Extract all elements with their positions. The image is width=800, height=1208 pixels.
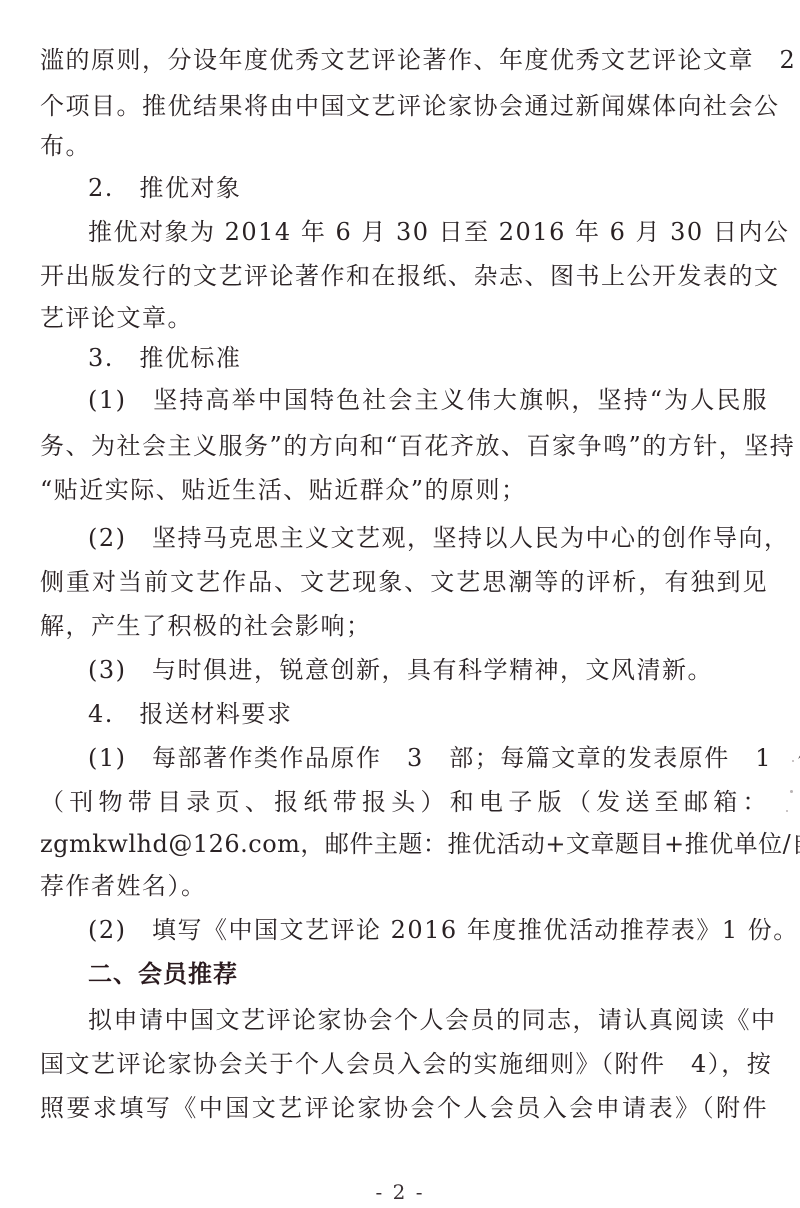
paragraph-line: 侧重对当前文艺作品、文艺现象、文艺思潮等的评析，有独到见 xyxy=(40,560,768,604)
subheading-submission-requirements: 4. 报送材料要求 xyxy=(88,692,292,736)
paragraph-line: 照要求填写《中国文艺评论家协会个人会员入会申请表》（附件 xyxy=(40,1086,768,1130)
paragraph-line: 荐作者姓名）。 xyxy=(40,864,207,908)
paragraph-line: 个项目。推优结果将由中国文艺评论家协会通过新闻媒体向社会公 xyxy=(40,84,768,128)
subheading-recommendation-criteria: 3. 推优标准 xyxy=(88,336,241,380)
paragraph-line: 务、为社会主义服务”的方向和“百花齐放、百家争鸣”的方针，坚持 xyxy=(40,424,768,468)
paragraph-line: （刊物带目录页、报纸带报头）和电子版（发送至邮箱： xyxy=(40,780,768,824)
paragraph-line: 推优对象为 2014 年 6 月 30 日至 2016 年 6 月 30 日内公 xyxy=(88,210,768,254)
list-item-criteria-3: (3) 与时俱进，锐意创新，具有科学精神，文风清新。 xyxy=(88,648,713,692)
paragraph-line: 艺评论文章。 xyxy=(40,296,193,340)
subheading-recommendation-target: 2. 推优对象 xyxy=(88,166,241,210)
list-item-criteria-2: (2) 坚持马克思主义文艺观，坚持以人民为中心的创作导向， xyxy=(88,516,768,560)
list-item-requirement-1: (1) 每部著作类作品原作 3 部；每篇文章的发表原件 1 份 xyxy=(88,736,768,780)
paragraph-line: 国文艺评论家协会关于个人会员入会的实施细则》（附件 4），按 xyxy=(40,1042,768,1086)
paragraph-line: 布。 xyxy=(40,124,91,168)
paragraph-line: “贴近实际、贴近生活、贴近群众”的原则； xyxy=(40,468,527,512)
section-heading-member-recommendation: 二、会员推荐 xyxy=(88,952,238,996)
page-number: - 2 - xyxy=(0,1180,800,1204)
paragraph-line: 解，产生了积极的社会影响； xyxy=(40,604,372,648)
list-item-requirement-2: (2) 填写《中国文艺评论 2016 年度推优活动推荐表》1 份。 xyxy=(88,908,799,952)
scan-speck xyxy=(790,790,793,793)
list-item-criteria-1: (1) 坚持高举中国特色社会主义伟大旗帜，坚持“为人民服 xyxy=(88,378,768,422)
paragraph-line: 开出版发行的文艺评论著作和在报纸、杂志、图书上公开发表的文 xyxy=(40,254,768,298)
paragraph-line: 拟申请中国文艺评论家协会个人会员的同志，请认真阅读《中 xyxy=(88,998,768,1042)
scan-speck xyxy=(792,760,794,762)
email-line: zgmkwlhd@126.com，邮件主题：推优活动+文章题目+推优单位/自 xyxy=(40,822,768,866)
scan-speck xyxy=(786,810,788,812)
paragraph-line: 滥的原则，分设年度优秀文艺评论著作、年度优秀文艺评论文章 2 xyxy=(40,38,768,82)
